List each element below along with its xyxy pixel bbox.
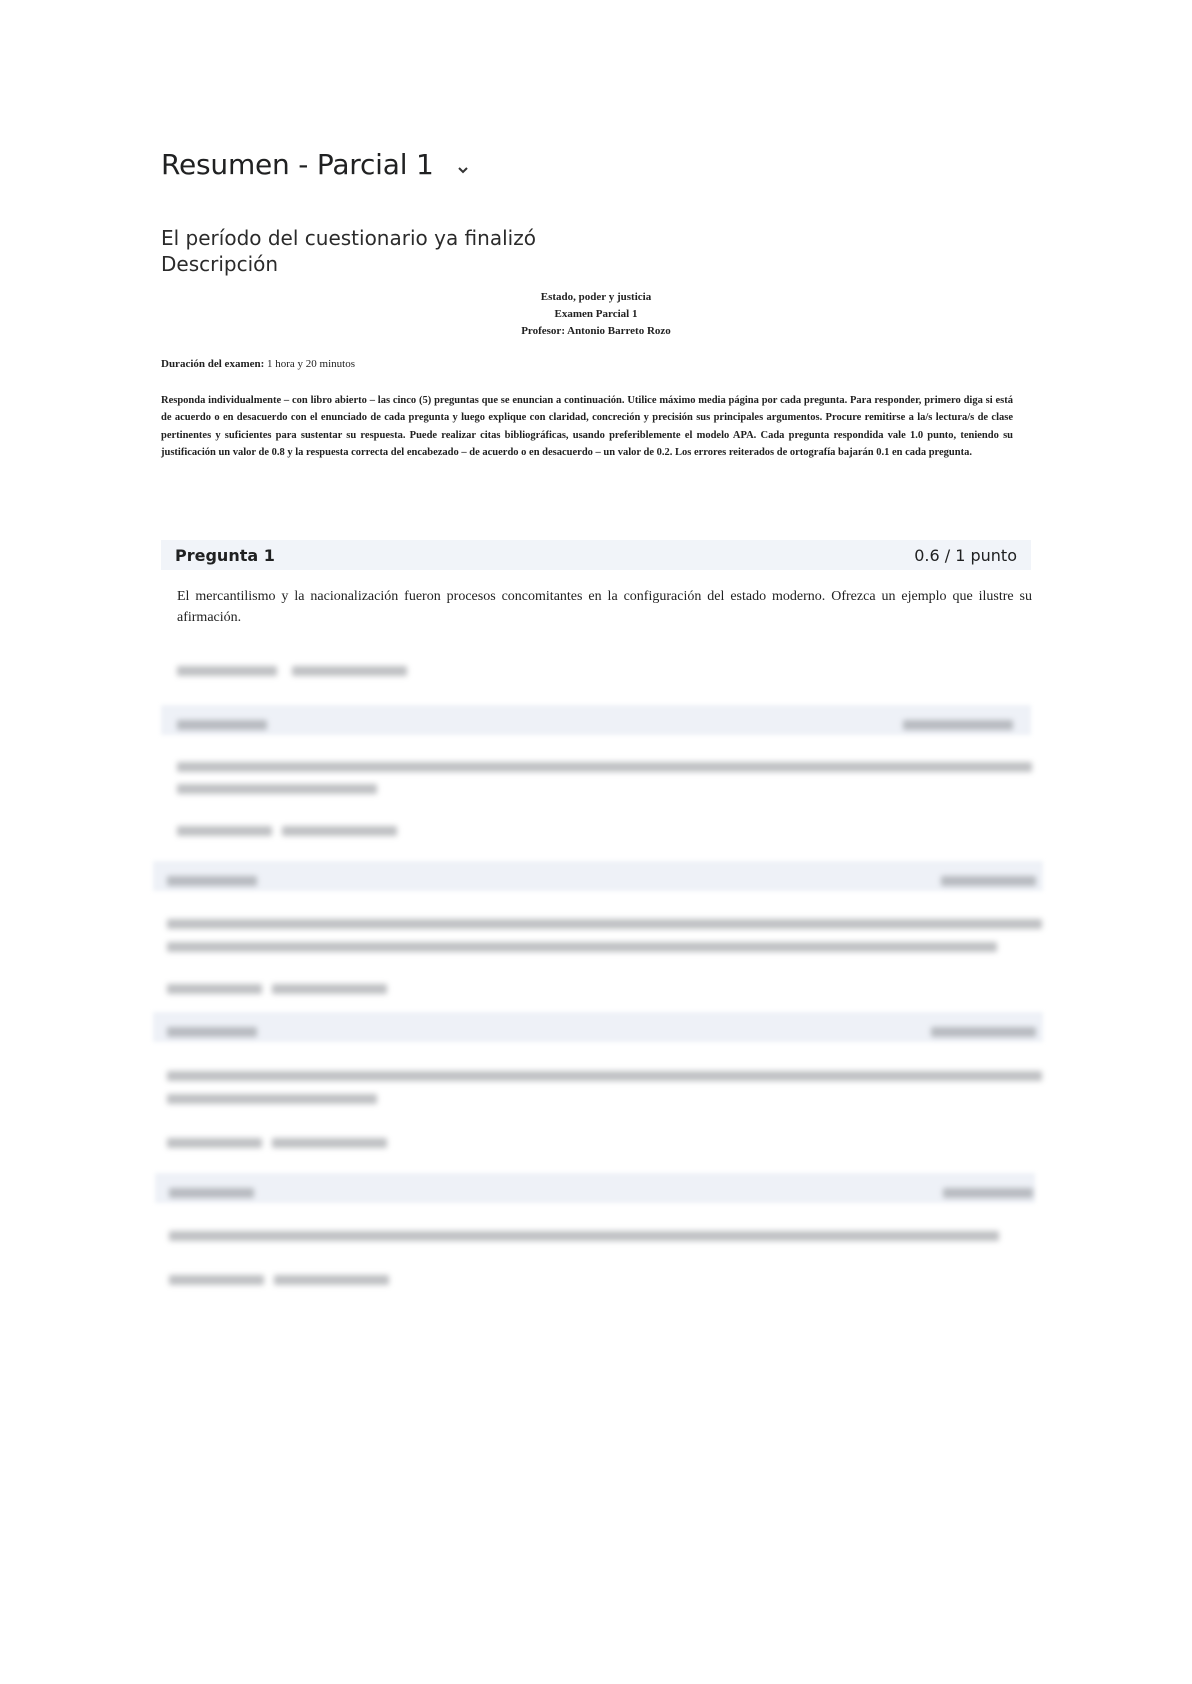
answer-choices-blurred — [177, 661, 407, 680]
question-header-blurred — [161, 705, 1031, 735]
exam-instructions: Responda individualmente – con libro abi… — [161, 392, 1013, 461]
answer-choices-blurred — [177, 821, 397, 840]
description-label: Descripción — [161, 251, 278, 277]
question-text-blurred — [177, 779, 377, 798]
quiz-status: El período del cuestionario ya finalizó — [161, 225, 536, 251]
question-score-blurred — [903, 715, 1013, 734]
question-text-blurred — [167, 1066, 1042, 1085]
page-title: Resumen - Parcial 1 — [161, 148, 434, 181]
answer-choices-blurred — [167, 1133, 387, 1152]
question-text-blurred — [167, 1089, 377, 1108]
question-text: El mercantilismo y la nacionalización fu… — [177, 586, 1032, 628]
answer-choices-blurred — [169, 1270, 389, 1289]
question-score-blurred — [931, 1022, 1036, 1041]
exam-heading: Estado, poder y justicia Examen Parcial … — [161, 289, 1031, 340]
duration-value: 1 hora y 20 minutos — [264, 358, 355, 370]
question-title-blurred — [177, 715, 267, 734]
question-title-blurred — [167, 1022, 257, 1041]
question-title: Pregunta 1 — [175, 546, 275, 565]
question-header: Pregunta 1 0.6 / 1 punto — [161, 540, 1031, 570]
page-title-row[interactable]: Resumen - Parcial 1 — [161, 148, 470, 181]
exam-duration: Duración del examen: 1 hora y 20 minutos — [161, 358, 355, 370]
question-title-blurred — [169, 1183, 254, 1202]
duration-label: Duración del examen: — [161, 358, 264, 370]
chevron-down-icon[interactable] — [456, 162, 470, 176]
course-name: Estado, poder y justicia — [161, 289, 1031, 306]
question-text-blurred — [169, 1226, 999, 1245]
question-score-blurred — [941, 871, 1036, 890]
question-header-blurred — [153, 1012, 1043, 1042]
answer-choices-blurred — [167, 979, 387, 998]
exam-name: Examen Parcial 1 — [161, 306, 1031, 323]
professor-name: Profesor: Antonio Barreto Rozo — [161, 323, 1031, 340]
question-title-blurred — [167, 871, 257, 890]
question-text-blurred — [167, 914, 1042, 933]
question-text-blurred — [177, 757, 1032, 776]
question-header-blurred — [153, 861, 1043, 891]
question-score-blurred — [943, 1183, 1033, 1202]
question-score: 0.6 / 1 punto — [914, 546, 1017, 565]
question-text-blurred — [167, 937, 997, 956]
question-header-blurred — [155, 1173, 1035, 1203]
